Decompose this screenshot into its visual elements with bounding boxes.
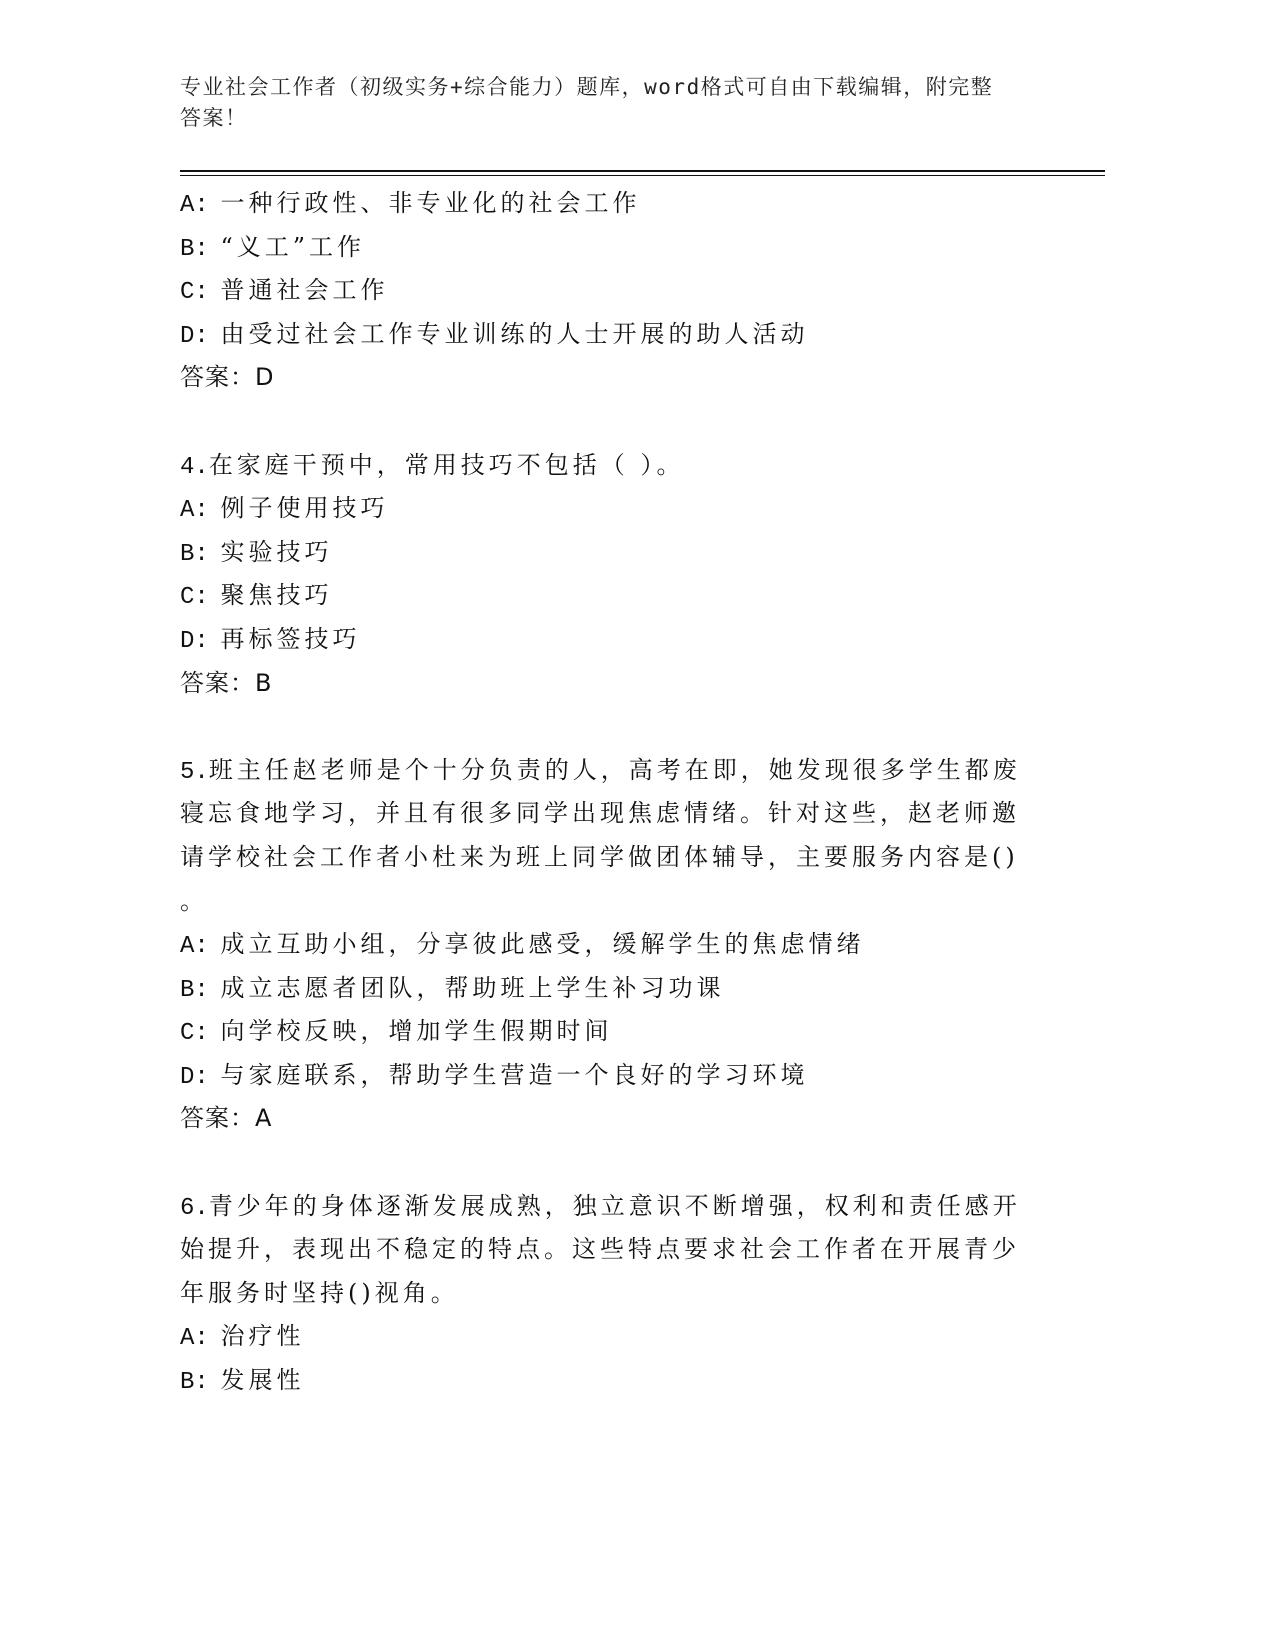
option-d: D: 由受过社会工作专业训练的人士开展的助人活动 bbox=[180, 313, 1020, 357]
option-a: A: 治疗性 bbox=[180, 1315, 1020, 1359]
question-stem-continued: 请学校社会工作者小杜来为班上同学做团体辅导，主要服务内容是() bbox=[180, 836, 1020, 880]
question-list: A: 一种行政性、非专业化的社会工作 B: “义工”工作 C: 普通社会工作 D… bbox=[180, 182, 1020, 1403]
question-stem: 6.青少年的身体逐渐发展成熟，独立意识不断增强，权利和责任感开 bbox=[180, 1185, 1020, 1229]
question-stem-continued: 始提升，表现出不稳定的特点。这些特点要求社会工作者在开展青少 bbox=[180, 1228, 1020, 1272]
option-c: C: 普通社会工作 bbox=[180, 269, 1020, 313]
question-3-tail: A: 一种行政性、非专业化的社会工作 B: “义工”工作 C: 普通社会工作 D… bbox=[180, 182, 1020, 400]
answer-line: 答案：B bbox=[180, 662, 1020, 706]
option-b: B: 成立志愿者团队，帮助班上学生补习功课 bbox=[180, 967, 1020, 1011]
header-divider-top bbox=[180, 170, 1105, 172]
answer-line: 答案：D bbox=[180, 356, 1020, 400]
question-4: 4.在家庭干预中，常用技巧不包括（ ）。 A: 例子使用技巧 B: 实验技巧 C… bbox=[180, 444, 1020, 706]
option-d: D: 再标签技巧 bbox=[180, 618, 1020, 662]
option-a: A: 一种行政性、非专业化的社会工作 bbox=[180, 182, 1020, 226]
spacer bbox=[180, 400, 1020, 444]
option-b: B: 实验技巧 bbox=[180, 531, 1020, 575]
option-a: A: 成立互助小组，分享彼此感受，缓解学生的焦虑情绪 bbox=[180, 923, 1020, 967]
header-divider-bottom bbox=[180, 175, 1105, 176]
question-stem: 5.班主任赵老师是个十分负责的人，高考在即，她发现很多学生都废 bbox=[180, 749, 1020, 793]
document-header: 专业社会工作者（初级实务+综合能力）题库，word格式可自由下载编辑，附完整 答… bbox=[180, 72, 1040, 134]
option-c: C: 向学校反映，增加学生假期时间 bbox=[180, 1010, 1020, 1054]
option-b: B: “义工”工作 bbox=[180, 226, 1020, 270]
question-5: 5.班主任赵老师是个十分负责的人，高考在即，她发现很多学生都废 寝忘食地学习，并… bbox=[180, 749, 1020, 1141]
spacer bbox=[180, 1141, 1020, 1185]
question-stem-continued: 。 bbox=[180, 880, 1020, 924]
spacer bbox=[180, 705, 1020, 749]
option-a: A: 例子使用技巧 bbox=[180, 487, 1020, 531]
option-b: B: 发展性 bbox=[180, 1359, 1020, 1403]
question-stem: 4.在家庭干预中，常用技巧不包括（ ）。 bbox=[180, 444, 1020, 488]
document-page: 专业社会工作者（初级实务+综合能力）题库，word格式可自由下载编辑，附完整 答… bbox=[0, 0, 1275, 1650]
question-stem-continued: 年服务时坚持()视角。 bbox=[180, 1272, 1020, 1316]
header-line-1: 专业社会工作者（初级实务+综合能力）题库，word格式可自由下载编辑，附完整 bbox=[180, 72, 1040, 103]
option-c: C: 聚焦技巧 bbox=[180, 574, 1020, 618]
answer-line: 答案：A bbox=[180, 1097, 1020, 1141]
option-d: D: 与家庭联系，帮助学生营造一个良好的学习环境 bbox=[180, 1054, 1020, 1098]
header-line-2: 答案！ bbox=[180, 103, 1040, 134]
question-6: 6.青少年的身体逐渐发展成熟，独立意识不断增强，权利和责任感开 始提升，表现出不… bbox=[180, 1185, 1020, 1403]
question-stem-continued: 寝忘食地学习，并且有很多同学出现焦虑情绪。针对这些，赵老师邀 bbox=[180, 792, 1020, 836]
